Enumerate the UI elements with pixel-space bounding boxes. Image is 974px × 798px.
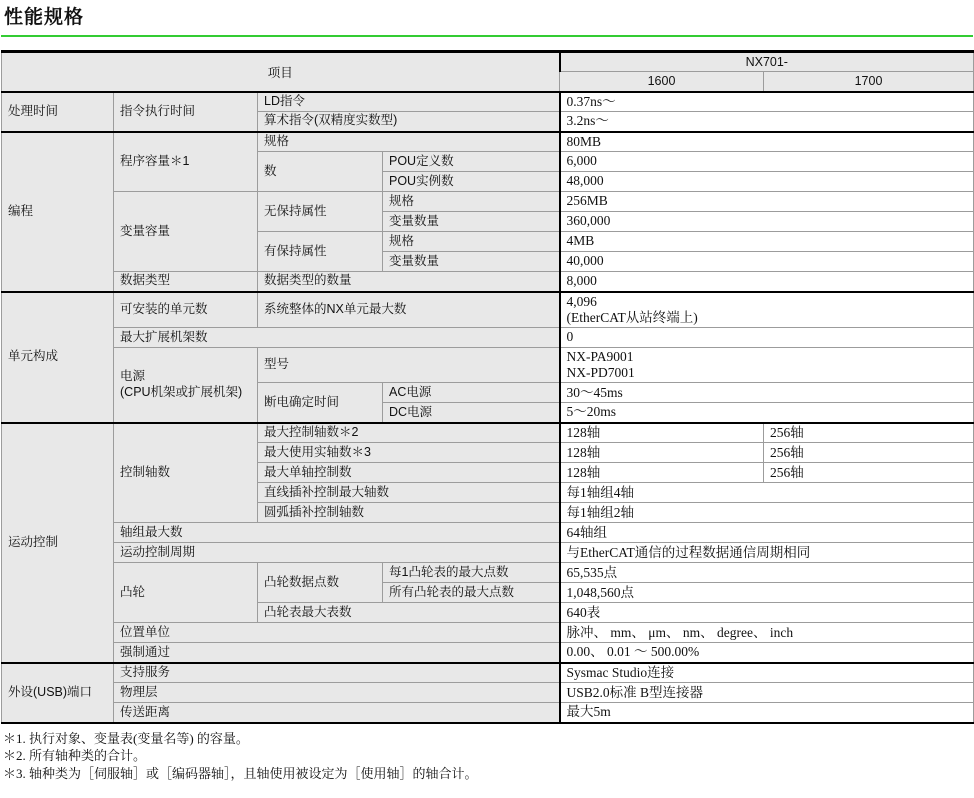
spec-value-cell: 65,535点 bbox=[560, 563, 974, 583]
spec-row: 位置单位脉冲、 mm、 μm、 nm、 degree、 inch bbox=[2, 623, 974, 643]
spec-value-cell: 128轴 bbox=[560, 463, 764, 483]
spec-value-cell: 256轴 bbox=[764, 423, 974, 443]
spec-row: 编程程序容量＊1规格80MB bbox=[2, 132, 974, 152]
spec-row: 最大扩展机架数0 bbox=[2, 327, 974, 347]
spec-label-cell: 变量容量 bbox=[114, 192, 258, 272]
spec-category-cell: 编程 bbox=[2, 132, 114, 292]
spec-value-cell: 最大5m bbox=[560, 703, 974, 723]
spec-label-cell: POU定义数 bbox=[383, 152, 560, 172]
spec-label-cell: 规格 bbox=[383, 232, 560, 252]
spec-label-cell: 算术指令(双精度实数型) bbox=[258, 112, 560, 132]
spec-label-cell: 运动控制周期 bbox=[114, 543, 560, 563]
spec-row: 数据类型数据类型的数量8,000 bbox=[2, 272, 974, 292]
spec-value-cell: 256MB bbox=[560, 192, 974, 212]
spec-label-cell: 规格 bbox=[258, 132, 560, 152]
spec-label-cell: 型号 bbox=[258, 347, 560, 382]
spec-label-cell: 凸轮表最大表数 bbox=[258, 603, 560, 623]
column-header-model-1700: 1700 bbox=[764, 72, 974, 92]
spec-label-cell: 程序容量＊1 bbox=[114, 132, 258, 192]
spec-label-cell: 圆弧插补控制轴数 bbox=[258, 503, 560, 523]
spec-row: 物理层USB2.0标准 B型连接器 bbox=[2, 683, 974, 703]
spec-label-cell: 数据类型的数量 bbox=[258, 272, 560, 292]
spec-value-cell: 360,000 bbox=[560, 212, 974, 232]
spec-label-cell: DC电源 bbox=[383, 403, 560, 423]
spec-label-cell: 电源 (CPU机架或扩展机架) bbox=[114, 347, 258, 422]
spec-label-cell: 每1凸轮表的最大点数 bbox=[383, 563, 560, 583]
spec-table: 项目 NX701- 1600 1700 处理时间指令执行时间LD指令0.37ns… bbox=[1, 50, 974, 724]
spec-table-header: 项目 NX701- 1600 1700 bbox=[2, 52, 974, 92]
spec-value-cell: 128轴 bbox=[560, 423, 764, 443]
spec-category-cell: 处理时间 bbox=[2, 92, 114, 132]
spec-category-cell: 运动控制 bbox=[2, 423, 114, 663]
spec-value-cell: 4,096 (EtherCAT从站终端上) bbox=[560, 292, 974, 328]
spec-row: 传送距离最大5m bbox=[2, 703, 974, 723]
spec-value-cell: USB2.0标准 B型连接器 bbox=[560, 683, 974, 703]
spec-value-cell: 6,000 bbox=[560, 152, 974, 172]
footnote-3: ＊3. 轴种类为［伺服轴］或［编码器轴］，且轴使用被设定为［使用轴］的轴合计。 bbox=[3, 765, 973, 783]
spec-value-cell: 64轴组 bbox=[560, 523, 974, 543]
spec-value-cell: NX-PA9001 NX-PD7001 bbox=[560, 347, 974, 382]
spec-label-cell: 无保持属性 bbox=[258, 192, 383, 232]
spec-value-cell: 与EtherCAT通信的过程数据通信周期相同 bbox=[560, 543, 974, 563]
header-row-1: 项目 NX701- bbox=[2, 52, 974, 72]
spec-value-cell: 640表 bbox=[560, 603, 974, 623]
spec-value-cell: 5～20ms bbox=[560, 403, 974, 423]
spec-row: 凸轮凸轮数据点数每1凸轮表的最大点数65,535点 bbox=[2, 563, 974, 583]
spec-label-cell: 可安装的单元数 bbox=[114, 292, 258, 328]
spec-label-cell: 传送距离 bbox=[114, 703, 560, 723]
spec-label-cell: 强制通过 bbox=[114, 643, 560, 663]
spec-value-cell: 256轴 bbox=[764, 463, 974, 483]
spec-label-cell: 控制轴数 bbox=[114, 423, 258, 523]
spec-value-cell: Sysmac Studio连接 bbox=[560, 663, 974, 683]
spec-label-cell: 最大使用实轴数＊3 bbox=[258, 443, 560, 463]
spec-label-cell: 轴组最大数 bbox=[114, 523, 560, 543]
spec-category-cell: 单元构成 bbox=[2, 292, 114, 423]
spec-label-cell: 系统整体的NX单元最大数 bbox=[258, 292, 560, 328]
spec-label-cell: 位置单位 bbox=[114, 623, 560, 643]
spec-value-cell: 0.00、 0.01 ～ 500.00% bbox=[560, 643, 974, 663]
spec-value-cell: 脉冲、 mm、 μm、 nm、 degree、 inch bbox=[560, 623, 974, 643]
column-header-model-1600: 1600 bbox=[560, 72, 764, 92]
spec-label-cell: 最大扩展机架数 bbox=[114, 327, 560, 347]
footnotes: ＊1. 执行对象、变量表(变量名等) 的容量。 ＊2. 所有轴种类的合计。 ＊3… bbox=[1, 730, 973, 783]
spec-label-cell: 支持服务 bbox=[114, 663, 560, 683]
spec-row: 单元构成可安装的单元数系统整体的NX单元最大数4,096 (EtherCAT从站… bbox=[2, 292, 974, 328]
page-header: 性能规格 bbox=[1, 6, 973, 30]
spec-label-cell: AC电源 bbox=[383, 383, 560, 403]
spec-value-cell: 256轴 bbox=[764, 443, 974, 463]
spec-value-cell: 8,000 bbox=[560, 272, 974, 292]
spec-label-cell: 物理层 bbox=[114, 683, 560, 703]
footnote-2: ＊2. 所有轴种类的合计。 bbox=[3, 747, 973, 765]
spec-label-cell: 变量数量 bbox=[383, 252, 560, 272]
spec-row: 电源 (CPU机架或扩展机架)型号NX-PA9001 NX-PD7001 bbox=[2, 347, 974, 382]
spec-value-cell: 每1轴组4轴 bbox=[560, 483, 974, 503]
spec-category-cell: 外设(USB)端口 bbox=[2, 663, 114, 723]
spec-label-cell: 数据类型 bbox=[114, 272, 258, 292]
spec-label-cell: 断电确定时间 bbox=[258, 383, 383, 423]
spec-value-cell: 0 bbox=[560, 327, 974, 347]
spec-label-cell: 有保持属性 bbox=[258, 232, 383, 272]
page-title: 性能规格 bbox=[4, 6, 973, 30]
column-header-model-series: NX701- bbox=[560, 52, 974, 72]
spec-row: 处理时间指令执行时间LD指令0.37ns～ bbox=[2, 92, 974, 112]
spec-value-cell: 30～45ms bbox=[560, 383, 974, 403]
spec-row: 运动控制周期与EtherCAT通信的过程数据通信周期相同 bbox=[2, 543, 974, 563]
spec-row: 运动控制控制轴数最大控制轴数＊2128轴256轴 bbox=[2, 423, 974, 443]
spec-value-cell: 48,000 bbox=[560, 172, 974, 192]
spec-label-cell: 所有凸轮表的最大点数 bbox=[383, 583, 560, 603]
spec-row: 强制通过0.00、 0.01 ～ 500.00% bbox=[2, 643, 974, 663]
spec-label-cell: POU实例数 bbox=[383, 172, 560, 192]
spec-value-cell: 0.37ns～ bbox=[560, 92, 974, 112]
spec-label-cell: 最大控制轴数＊2 bbox=[258, 423, 560, 443]
spec-value-cell: 每1轴组2轴 bbox=[560, 503, 974, 523]
spec-label-cell: 最大单轴控制数 bbox=[258, 463, 560, 483]
spec-label-cell: 直线插补控制最大轴数 bbox=[258, 483, 560, 503]
spec-value-cell: 40,000 bbox=[560, 252, 974, 272]
spec-label-cell: 凸轮 bbox=[114, 563, 258, 623]
footnote-1: ＊1. 执行对象、变量表(变量名等) 的容量。 bbox=[3, 730, 973, 748]
spec-value-cell: 4MB bbox=[560, 232, 974, 252]
spec-label-cell: 凸轮数据点数 bbox=[258, 563, 383, 603]
spec-row: 外设(USB)端口支持服务Sysmac Studio连接 bbox=[2, 663, 974, 683]
spec-value-cell: 128轴 bbox=[560, 443, 764, 463]
spec-value-cell: 3.2ns～ bbox=[560, 112, 974, 132]
spec-value-cell: 80MB bbox=[560, 132, 974, 152]
spec-label-cell: 数 bbox=[258, 152, 383, 192]
spec-row: 轴组最大数64轴组 bbox=[2, 523, 974, 543]
spec-table-body: 处理时间指令执行时间LD指令0.37ns～算术指令(双精度实数型)3.2ns～编… bbox=[2, 92, 974, 723]
spec-row: 变量容量无保持属性规格256MB bbox=[2, 192, 974, 212]
column-header-item: 项目 bbox=[2, 52, 560, 92]
spec-label-cell: 变量数量 bbox=[383, 212, 560, 232]
title-underline-rule bbox=[1, 35, 973, 37]
spec-value-cell: 1,048,560点 bbox=[560, 583, 974, 603]
spec-label-cell: LD指令 bbox=[258, 92, 560, 112]
spec-label-cell: 指令执行时间 bbox=[114, 92, 258, 132]
spec-label-cell: 规格 bbox=[383, 192, 560, 212]
